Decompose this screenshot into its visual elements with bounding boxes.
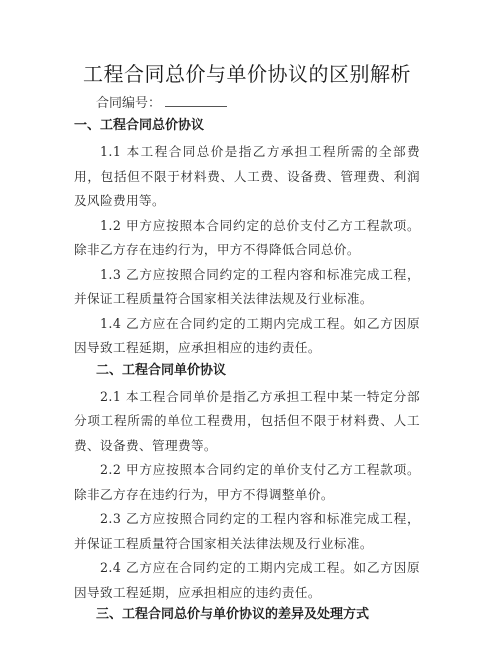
- clause-1-3: 1.3 乙方应按照合同约定的工程内容和标准完成工程，并保证工程质量符合国家相关法…: [74, 263, 420, 312]
- contract-number-label: 合同编号：: [96, 96, 161, 111]
- section-heading-1: 一、工程合同总价协议: [74, 116, 420, 136]
- document-title: 工程合同总价与单价协议的区别解析: [74, 58, 420, 87]
- clause-2-1: 2.1 本工程合同单价是指乙方承担工程中某一特定分部分项工程所需的单位工程费用，…: [74, 385, 420, 459]
- document-body: 一、工程合同总价协议 1.1 本工程合同总价是指乙方承担工程所需的全部费用，包括…: [74, 116, 420, 629]
- contract-number-row: 合同编号：: [96, 94, 227, 113]
- section-heading-3: 三、工程合同总价与单价协议的差异及处理方式: [74, 605, 420, 625]
- clause-2-4: 2.4 乙方应在合同约定的工期内完成工程。如乙方因原因导致工程延期，应承担相应的…: [74, 556, 420, 605]
- clause-2-3: 2.3 乙方应按照合同约定的工程内容和标准完成工程，并保证工程质量符合国家相关法…: [74, 507, 420, 556]
- clause-1-2: 1.2 甲方应按照本合同约定的总价支付乙方工程款项。除非乙方存在违约行为，甲方不…: [74, 214, 420, 263]
- clause-1-1: 1.1 本工程合同总价是指乙方承担工程所需的全部费用，包括但不限于材料费、人工费…: [74, 140, 420, 214]
- clause-1-4: 1.4 乙方应在合同约定的工期内完成工程。如乙方因原因导致工程延期，应承担相应的…: [74, 312, 420, 361]
- clause-2-2: 2.2 甲方应按照本合同约定的单价支付乙方工程款项。除非乙方存在违约行为，甲方不…: [74, 458, 420, 507]
- contract-number-blank: [165, 94, 227, 107]
- section-heading-2: 二、工程合同单价协议: [74, 361, 420, 381]
